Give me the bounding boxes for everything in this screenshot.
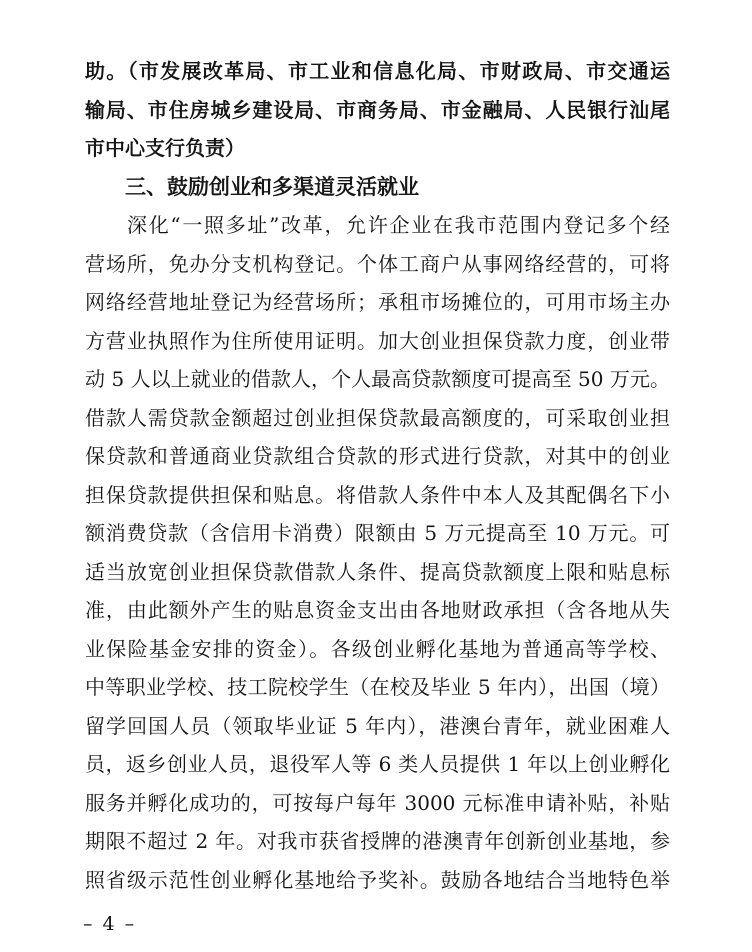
text-block: 助。（市发展改革局、市工业和信息化局、市财政局、市交通运 输局、市住房城乡建设局… xyxy=(85,52,670,899)
body-line: 员，返乡创业人员，退役军人等 6 类人员提供 1 年以上创业孵化 xyxy=(85,745,670,784)
body-line: 借款人需贷款金额超过创业担保贷款最高额度的，可采取创业担 xyxy=(85,399,670,438)
document-page: 助。（市发展改革局、市工业和信息化局、市财政局、市交通运 输局、市住房城乡建设局… xyxy=(0,0,752,952)
body-line: 深化“一照多址”改革，允许企业在我市范围内登记多个经 xyxy=(85,206,670,245)
body-line: 保贷款和普通商业贷款组合贷款的形式进行贷款，对其中的创业 xyxy=(85,437,670,476)
bold-clause-line: 助。（市发展改革局、市工业和信息化局、市财政局、市交通运 xyxy=(85,52,670,91)
body-line: 留学回国人员（领取毕业证 5 年内），港澳台青年，就业困难人 xyxy=(85,707,670,746)
body-line: 准，由此额外产生的贴息资金支出由各地财政承担（含各地从失 xyxy=(85,591,670,630)
body-line: 照省级示范性创业孵化基地给予奖补。鼓励各地结合当地特色举 xyxy=(85,861,670,900)
body-line: 营场所，免办分支机构登记。个体工商户从事网络经营的，可将 xyxy=(85,245,670,284)
body-line: 额消费贷款（含信用卡消费）限额由 5 万元提高至 10 万元。可 xyxy=(85,514,670,553)
page-number: – 4 – xyxy=(83,911,136,937)
body-line: 中等职业学校、技工院校学生（在校及毕业 5 年内），出国（境） xyxy=(85,668,670,707)
body-line: 动 5 人以上就业的借款人，个人最高贷款额度可提高至 50 万元。 xyxy=(85,360,670,399)
body-line: 业保险基金安排的资金）。各级创业孵化基地为普通高等学校、 xyxy=(85,630,670,669)
bold-clause-line: 市中心支行负责） xyxy=(85,129,670,168)
body-line: 担保贷款提供担保和贴息。将借款人条件中本人及其配偶名下小 xyxy=(85,476,670,515)
body-line: 网络经营地址登记为经营场所；承租市场摊位的，可用市场主办 xyxy=(85,283,670,322)
body-line: 方营业执照作为住所使用证明。加大创业担保贷款力度，创业带 xyxy=(85,322,670,361)
body-line: 期限不超过 2 年。对我市获省授牌的港澳青年创新创业基地，参 xyxy=(85,822,670,861)
body-line: 适当放宽创业担保贷款借款人条件、提高贷款额度上限和贴息标 xyxy=(85,553,670,592)
bold-clause-line: 输局、市住房城乡建设局、市商务局、市金融局、人民银行汕尾 xyxy=(85,91,670,130)
body-line: 服务并孵化成功的，可按每户每年 3000 元标准申请补贴，补贴 xyxy=(85,784,670,823)
section-heading: 三、鼓励创业和多渠道灵活就业 xyxy=(85,168,670,207)
